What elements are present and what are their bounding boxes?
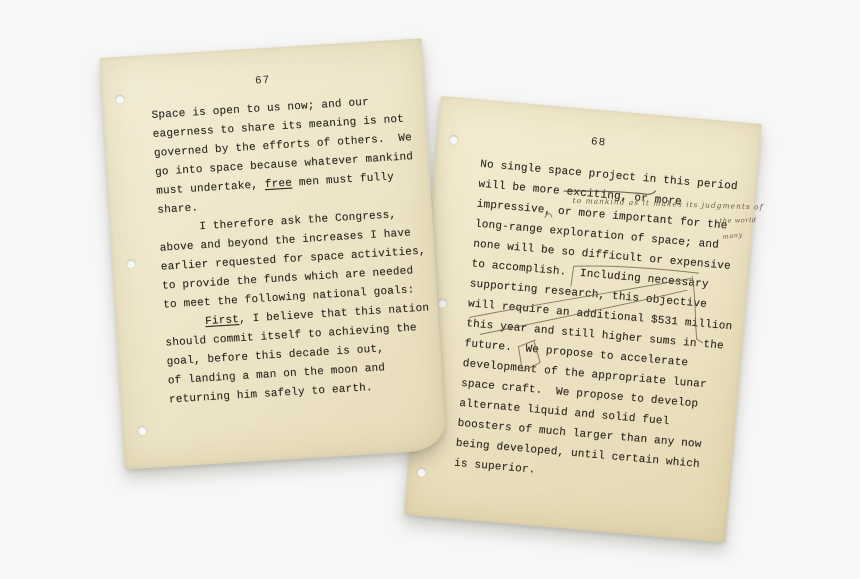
page-number: 67 bbox=[102, 65, 424, 97]
punch-hole bbox=[438, 299, 448, 309]
typed-text-block: Space is open to us now; and oureagernes… bbox=[151, 91, 434, 411]
page-67: 67 Space is open to us now; and oureager… bbox=[100, 38, 447, 469]
punch-hole bbox=[138, 426, 148, 436]
punch-hole bbox=[126, 259, 136, 269]
punch-hole bbox=[449, 135, 459, 145]
handwritten-margin-note: the world bbox=[720, 216, 757, 225]
punch-hole bbox=[115, 95, 125, 105]
scanned-document-canvas: 68 No single space project in this perio… bbox=[0, 0, 860, 579]
handwritten-margin-note: many bbox=[722, 231, 743, 241]
punch-hole bbox=[417, 467, 427, 477]
page-68: 68 No single space project in this perio… bbox=[404, 96, 761, 542]
